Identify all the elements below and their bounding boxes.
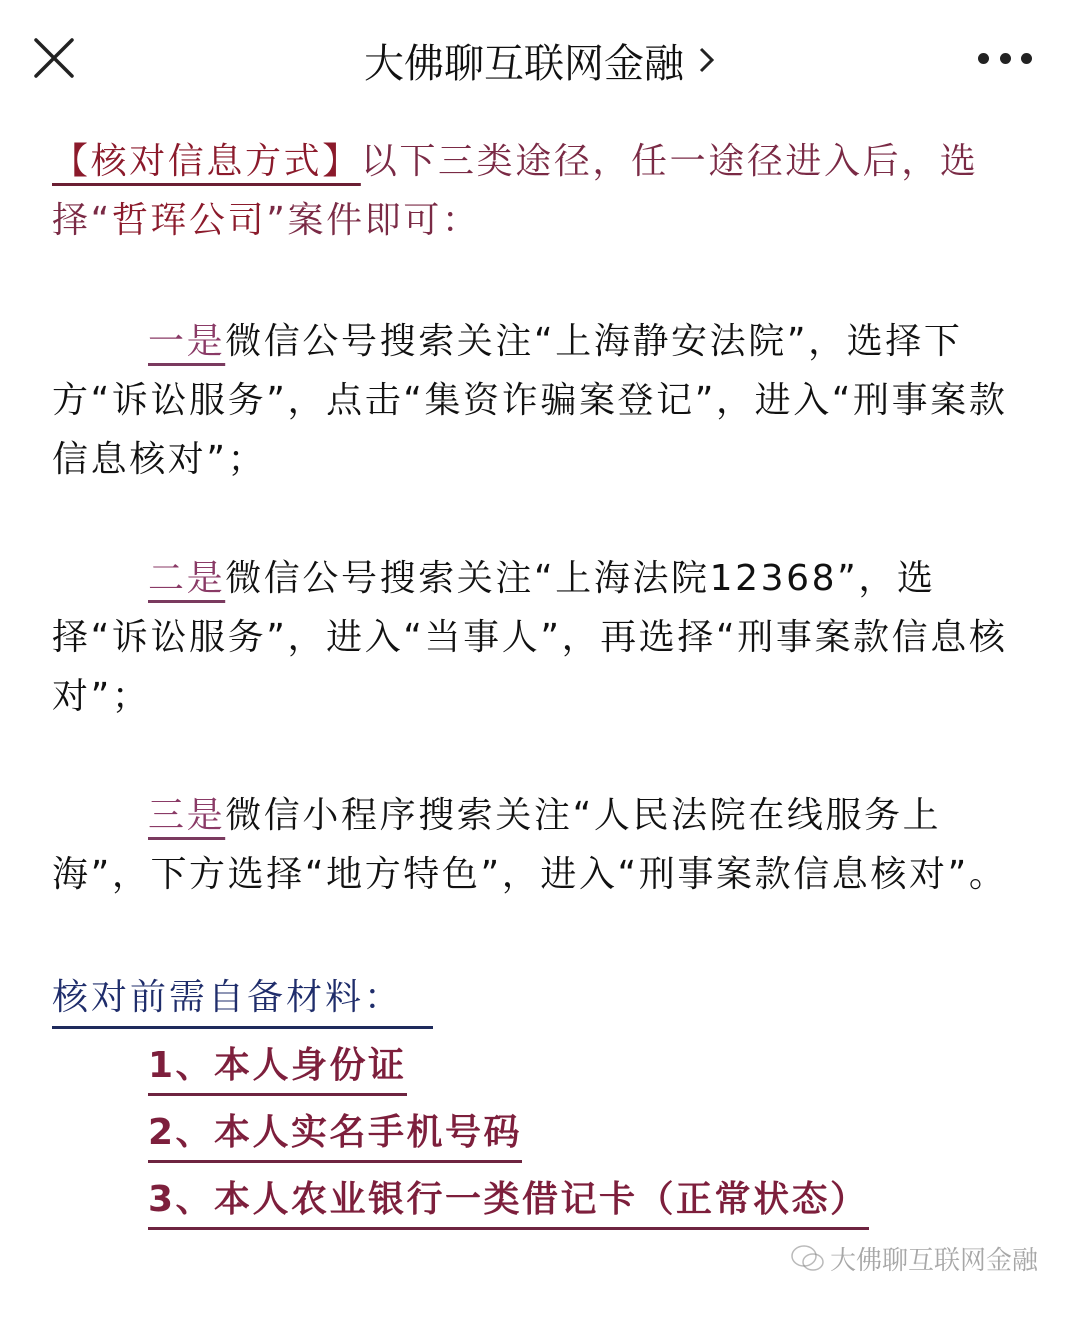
more-dot-icon	[1000, 53, 1011, 64]
chevron-right-icon	[698, 45, 716, 75]
materials-item: 2、本人实名手机号码	[148, 1106, 522, 1163]
top-bar: 大佛聊互联网金融	[0, 0, 1080, 118]
article-body: 【核对信息方式】以下三类途径，任一途径进入后，选择“哲珲公司”案件即可： 一是微…	[52, 132, 1027, 1240]
way-paragraph-1: 一是微信公号搜索关注“上海静安法院”，选择下方“诉讼服务”，点击“集资诈骗案登记…	[52, 312, 1027, 489]
close-button[interactable]	[32, 36, 76, 80]
account-title-link[interactable]: 大佛聊互联网金融	[364, 32, 716, 89]
intro-heading: 【核对信息方式】	[52, 141, 361, 182]
watermark: 大佛聊互联网金融	[790, 1240, 1038, 1277]
more-dot-icon	[978, 53, 989, 64]
company-name: 哲珲公司	[112, 200, 266, 241]
wechat-logo-icon	[790, 1244, 826, 1274]
more-button[interactable]	[978, 48, 1032, 68]
materials-heading: 核对前需自备材料：	[52, 970, 433, 1029]
way-paragraph-2: 二是微信公号搜索关注“上海法院12368”，选择“诉讼服务”，进入“当事人”，再…	[52, 549, 1027, 726]
way-paragraph-3: 三是微信小程序搜索关注“人民法院在线服务上海”，下方选择“地方特色”，进入“刑事…	[52, 786, 1027, 904]
watermark-text: 大佛聊互联网金融	[830, 1240, 1038, 1277]
materials-list: 1、本人身份证 2、本人实名手机号码 3、本人农业银行一类借记卡（正常状态）	[148, 1039, 1027, 1230]
more-dot-icon	[1021, 53, 1032, 64]
close-icon	[32, 36, 76, 80]
way-lead-3: 三是	[148, 795, 225, 836]
materials-item: 1、本人身份证	[148, 1039, 407, 1096]
way-lead-1: 一是	[148, 321, 225, 362]
intro-text-after: ”案件即可：	[266, 200, 480, 241]
way-lead-2: 二是	[148, 558, 225, 599]
materials-item: 3、本人农业银行一类借记卡（正常状态）	[148, 1173, 869, 1230]
intro-paragraph: 【核对信息方式】以下三类途径，任一途径进入后，选择“哲珲公司”案件即可：	[52, 132, 1027, 250]
account-title: 大佛聊互联网金融	[364, 32, 684, 89]
